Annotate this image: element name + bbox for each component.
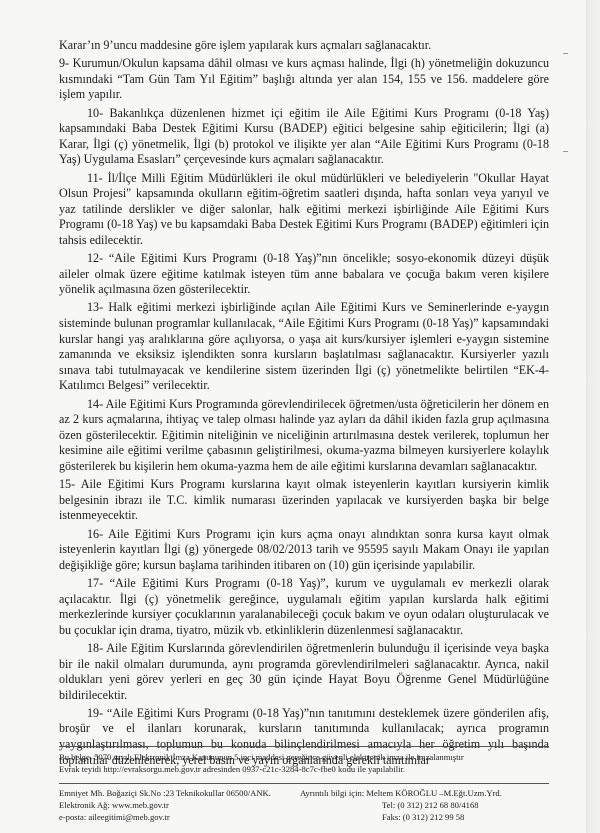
contact-block: Ayrıntılı bilgi için: Meltem KÖROĞLU –M.… xyxy=(300,787,550,823)
paragraph-item-18: 18- Aile Eğitim Kurslarında görevlendiri… xyxy=(59,641,549,703)
scanned-page-edge xyxy=(586,0,600,833)
address-block: Emniyet Mh. Boğaziçi Sk.No :23 Teknikoku… xyxy=(59,787,299,823)
phone-number: Tel: (0 312) 212 68 80/4168 xyxy=(300,799,550,811)
scan-mark xyxy=(563,151,568,152)
scan-mark xyxy=(563,53,568,54)
address: Emniyet Mh. Boğaziçi Sk.No :23 Teknikoku… xyxy=(59,787,299,799)
paragraph: Karar’ın 9’uncu maddesine göre işlem yap… xyxy=(59,38,549,54)
paragraph-item-17: 17- “Aile Eğitimi Kurs Programı (0-18 Ya… xyxy=(59,576,549,638)
paragraph-item-13: 13- Halk eğitimi merkezi işbirliğinde aç… xyxy=(59,300,549,394)
paragraph-item-10: 10- Bakanlıkça düzenlenen hizmet içi eği… xyxy=(59,106,549,168)
document-body: Karar’ın 9’uncu maddesine göre işlem yap… xyxy=(59,38,549,771)
paragraph-item-9: 9- Kurumun/Okulun kapsama dâhil olması v… xyxy=(59,56,549,103)
document-verification: Evrak teyidi http://evraksorgu.meb.gov.t… xyxy=(59,763,549,775)
esignature-statement: Bu belge, 5070 sayılı Elektronik İmza Ka… xyxy=(59,751,549,763)
email-link[interactable]: e-posta: aileegitimi@meb.gov.tr xyxy=(59,811,299,823)
fax-number: Faks: (0 312) 212 99 58 xyxy=(300,811,550,823)
footer-divider xyxy=(59,746,549,747)
website-link[interactable]: Elektronik Ağ: www.meb.gov.tr xyxy=(59,799,299,811)
paragraph-item-14: 14- Aile Eğitimi Kurs Programında görevl… xyxy=(59,397,549,475)
paragraph-item-11: 11- İl/İlçe Milli Eğitim Müdürlükleri il… xyxy=(59,171,549,249)
paragraph-item-12: 12- “Aile Eğitimi Kurs Programı (0-18 Ya… xyxy=(59,251,549,298)
contact-person: Ayrıntılı bilgi için: Meltem KÖROĞLU –M.… xyxy=(300,787,550,799)
paragraph-item-15: 15- Aile Eğitimi Kurs Programı kursların… xyxy=(59,477,549,524)
esignature-notice: Bu belge, 5070 sayılı Elektronik İmza Ka… xyxy=(59,751,549,775)
footer-divider xyxy=(59,783,549,784)
paragraph-item-16: 16- Aile Eğitimi Kurs Programı için kurs… xyxy=(59,527,549,574)
